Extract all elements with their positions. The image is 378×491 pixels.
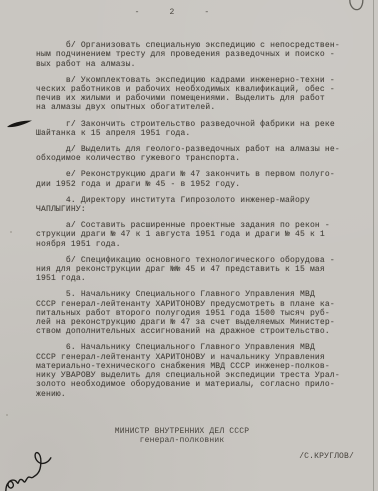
page-edge-line (373, 0, 374, 491)
paragraph-design-tasks: а/ Составить расширенные проектные задан… (36, 221, 356, 249)
paper-speck (10, 231, 12, 233)
paper-speck (6, 414, 8, 416)
ministry-signoff: МИНИСТР ВНУТРЕННИХ ДЕЛ СССР генерал-полк… (112, 427, 252, 445)
paragraph-item-6: 6. Начальнику Специального Главного Упра… (36, 343, 356, 398)
paragraph-transport: д/ Выделить для геолого-разведочных рабо… (36, 145, 356, 163)
paragraph-item-5: 5. Начальнику Специального Главного Упра… (36, 290, 356, 336)
paragraph-expedition: б/ Организовать специальную экспедицию с… (36, 41, 356, 69)
scanned-document-page: { "document": { "page_number": "- 2 -", … (0, 0, 378, 491)
paragraph-item-4: 4. Директору института Гипрозолото инжен… (36, 196, 356, 214)
signoff-title: МИНИСТР ВНУТРЕННИХ ДЕЛ СССР (112, 427, 252, 436)
paragraph-staffing: в/ Укомплектовать экспедицию кадрами инж… (36, 76, 356, 113)
paragraph-specification: б/ Спецификацию основного технологическо… (36, 256, 356, 284)
signer-name: /С.КРУГЛОВ/ (36, 452, 356, 461)
margin-pen-mark (6, 118, 34, 130)
document-body: - 2 - б/ Организовать специальную экспед… (36, 8, 356, 461)
signoff-rank: генерал-полковник (112, 436, 252, 445)
paragraph-dredge-recon: е/ Реконструкцию драги № 47 закончить в … (36, 170, 356, 188)
page-number: - 2 - (12, 8, 332, 17)
paragraph-factory: г/ Закончить строительство разведочной ф… (36, 120, 356, 138)
